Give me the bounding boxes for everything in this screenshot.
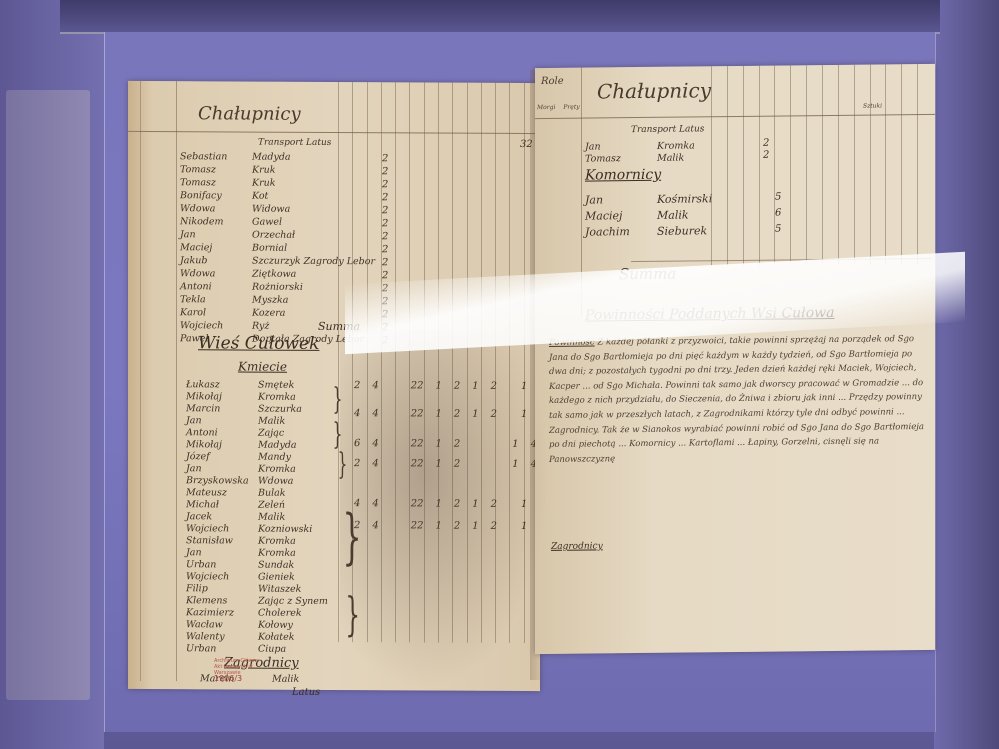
transport-label: Transport Latus: [631, 124, 704, 135]
transport-label: Transport Latus: [258, 138, 331, 148]
glass-case-top-edge: [60, 0, 940, 34]
numeric-row: 4422121214: [354, 498, 546, 510]
header-title: Chałupnicy: [597, 78, 711, 103]
list-item: TomaszKruk: [180, 164, 372, 176]
list-item: MikołajKromka: [186, 391, 378, 403]
list-item: TomaszKruk: [180, 177, 372, 189]
village-title: Wieś Cułowek: [198, 333, 319, 354]
zagrodnicy-heading: Zagrodnicy: [551, 541, 603, 552]
day-count: 2: [763, 150, 769, 161]
list-item: MateuszBulak: [186, 487, 378, 499]
list-item: WojciechGieniek: [186, 571, 378, 583]
numeric-row: 2422121214: [354, 520, 546, 532]
list-item: AntoniRożniorski: [180, 281, 372, 293]
list-item: UrbanCiupa: [186, 643, 378, 655]
list-item: MaciejMalik: [585, 208, 777, 223]
list-item: WdowaZiętkowa: [180, 268, 372, 280]
header-title: Chałupnicy: [198, 103, 301, 125]
list-item: ŁukaszSmętek: [186, 379, 378, 391]
list-item: JanKośmirski: [585, 192, 777, 207]
list-item: BrzyskowskaWdowa: [186, 475, 378, 487]
list-item: JanKromka: [585, 140, 777, 153]
manuscript-left-page: Chałupnicy Transport Latus SebastianMady…: [128, 81, 540, 691]
list-item: JakubSzczurzyk Zagrody Lebor: [180, 255, 372, 267]
summa-label: Summa: [318, 320, 360, 333]
list-item: JanKromka: [186, 463, 378, 475]
role-subheaders: MorgiPręty: [537, 104, 580, 111]
manuscript-right-page: Role MorgiPręty Chałupnicy Sztuki Transp…: [535, 64, 935, 654]
list-item: JózefMandy: [186, 451, 378, 463]
latus-label: Latus: [292, 687, 320, 698]
list-item: MarcinSzczurka: [186, 403, 378, 415]
brace-mark: }: [338, 447, 348, 482]
list-item: NikodemGawel: [180, 216, 372, 228]
duties-section-title: Powinności Poddanych Wsi Cułowa: [585, 305, 834, 324]
adjacent-document: [6, 90, 90, 700]
archive-stamp: Archiwum Główne Akt Dawnych w Warszawie …: [214, 658, 274, 680]
day-count: 2: [763, 138, 769, 149]
brace-mark: }: [333, 382, 343, 417]
day-counts-column: 222222222222222: [382, 152, 388, 347]
list-item: KarolKozera: [180, 307, 372, 319]
duties-paragraph: Powinność Z każdej półanki z przyzwoici,…: [549, 332, 927, 467]
brace-mark: }: [345, 587, 360, 641]
summa-label: Summa: [619, 265, 676, 284]
day-count: 6: [775, 208, 781, 219]
numeric-row: 4422121214: [354, 408, 546, 420]
list-item: JanMalik: [186, 415, 378, 427]
kmiecie-title: Kmiecie: [238, 359, 287, 373]
numeric-row: 64221214: [354, 438, 537, 450]
margin-line: [176, 81, 177, 681]
role-header: Role: [541, 76, 564, 87]
numeric-row: 2422121214: [354, 380, 546, 392]
list-item: MikołajMadyda: [186, 439, 378, 451]
brace-mark: }: [343, 502, 362, 572]
list-item: AntoniZając: [186, 427, 378, 439]
list-item: BonifacyKot: [180, 190, 372, 202]
display-case-right-wall: [934, 0, 999, 749]
margin-line: [581, 68, 582, 318]
list-item: TeklaMyszka: [180, 294, 372, 306]
day-count: 5: [775, 224, 781, 235]
day-count: 5: [775, 192, 781, 203]
list-item: TomaszMalik: [585, 152, 777, 165]
list-item: MaciejBornial: [180, 242, 372, 254]
list-item: WdowaWidowa: [180, 203, 372, 215]
numeric-row: 24221214: [354, 458, 537, 470]
list-item: JoachimSieburek: [585, 224, 777, 239]
margin-line-outer: [140, 81, 141, 681]
list-item: SebastianMadyda: [180, 151, 372, 163]
komornicy-title: Komornicy: [585, 167, 661, 184]
list-item: JanOrzechał: [180, 229, 372, 241]
